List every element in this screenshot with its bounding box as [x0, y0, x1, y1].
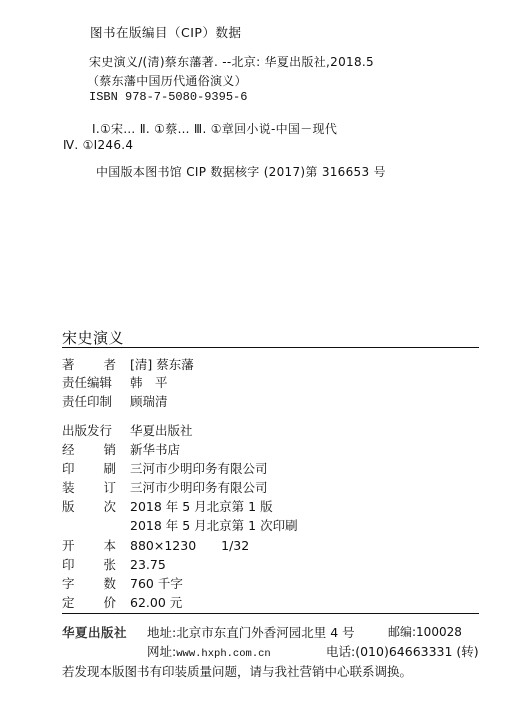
label-char: 印 [62, 460, 75, 478]
label-char: 销 [103, 441, 116, 459]
pub-label: 字数 [62, 575, 116, 593]
label-char: 开 [62, 537, 75, 555]
pub-value: 760 千字 [130, 575, 183, 593]
pub-label: 定价 [62, 594, 116, 612]
pub-row-format: 开本880×1230 1/32 [62, 537, 249, 555]
pub-row-sheets: 印张23.75 [62, 556, 166, 574]
credit-value: 顾瑞清 [130, 393, 168, 411]
label-char: 张 [103, 556, 116, 574]
pub-value: 23.75 [130, 556, 166, 574]
cip-isbn-line: ISBN 978-7-5080-9395-6 [89, 90, 247, 104]
pub-row-printer: 印刷三河市少明印务有限公司 [62, 460, 268, 478]
pub-row-binding: 装订三河市少明印务有限公司 [62, 479, 268, 497]
credit-row-editor: 责任编辑韩 平 [62, 374, 168, 392]
pub-value: 2018 年 5 月北京第 1 版 [130, 498, 273, 516]
footer-phone: 电话:(010)64663331 (转) [326, 642, 479, 660]
website-url[interactable]: www.hxph.com.cn [176, 648, 271, 660]
pub-label: 开本 [62, 537, 116, 555]
pub-label: 经销 [62, 441, 116, 459]
label-char: 者 [103, 356, 116, 374]
label-char: 经 [62, 441, 75, 459]
cip-record-number: 中国版本图书馆 CIP 数据核字 (2017)第 316653 号 [96, 163, 386, 180]
label-char: 字 [62, 575, 75, 593]
label-char: 数 [103, 575, 116, 593]
zip-label: 邮编: [388, 625, 416, 639]
credit-label: 责任编辑 [62, 374, 130, 392]
pub-value: 新华书店 [130, 441, 180, 459]
credit-value: [清] 蔡东藩 [130, 356, 194, 374]
label-char: 印 [62, 556, 75, 574]
label-char: 著 [62, 356, 75, 374]
phone-value: (010)64663331 (转) [355, 644, 478, 659]
pub-label: 出版发行 [62, 422, 130, 440]
cip-series-line: （蔡东藩中国历代通俗演义） [87, 72, 247, 89]
cip-title-line: 宋史演义/(清)蔡东藩著. --北京: 华夏出版社,2018.5 [89, 53, 374, 70]
pub-label: 印刷 [62, 460, 116, 478]
credit-label: 著 者 [62, 356, 116, 374]
footer-divider [62, 613, 479, 614]
pub-value: 三河市少明印务有限公司 [130, 460, 268, 478]
pub-value: 华夏出版社 [130, 422, 193, 440]
credit-label: 责任印制 [62, 393, 130, 411]
footer-address: 地址:北京市东直门外香河园北里 4 号 [147, 623, 355, 641]
cip-subject-line: Ⅰ.①宋… Ⅱ. ①蔡… Ⅲ. ①章回小说-中国－现代 [92, 120, 337, 137]
pub-row-distributor: 经销新华书店 [62, 441, 180, 459]
label-char: 次 [103, 498, 116, 516]
pub-label: 印张 [62, 556, 116, 574]
label-char: 版 [62, 498, 75, 516]
footer-website: 网址:www.hxph.com.cn [147, 642, 271, 660]
pub-value: 880×1230 1/32 [130, 537, 249, 555]
credit-value: 韩 平 [130, 374, 168, 392]
label-char: 刷 [103, 460, 116, 478]
pub-row-publisher: 出版发行华夏出版社 [62, 422, 193, 440]
book-title: 宋史演义 [62, 327, 124, 348]
label-char: 定 [62, 594, 75, 612]
pub-value: 三河市少明印务有限公司 [130, 479, 268, 497]
cip-heading: 图书在版编目（CIP）数据 [90, 23, 241, 41]
label-char: 价 [103, 594, 116, 612]
title-divider [62, 347, 479, 348]
pub-row-word-count: 字数760 千字 [62, 575, 183, 593]
credit-row-author: 著 者 [清] 蔡东藩 [62, 356, 194, 374]
cip-classification-line: Ⅳ. ①I246.4 [63, 138, 133, 152]
pub-row-printing: 2018 年 5 月北京第 1 次印刷 [62, 517, 298, 535]
footer-zip: 邮编:100028 [388, 623, 462, 640]
pub-value: 62.00 元 [130, 594, 182, 612]
address-label: 地址: [147, 625, 176, 640]
zip-value: 100028 [416, 625, 462, 639]
label-char: 本 [103, 537, 116, 555]
label-char: 订 [103, 479, 116, 497]
label-char: 装 [62, 479, 75, 497]
pub-row-edition: 版次2018 年 5 月北京第 1 版 [62, 498, 273, 516]
quality-notice: 若发现本版图书有印装质量问题，请与我社营销中心联系调换。 [62, 662, 412, 680]
phone-label: 电话: [326, 644, 355, 659]
pub-label: 装订 [62, 479, 116, 497]
website-label: 网址: [147, 644, 176, 659]
address-value: 北京市东直门外香河园北里 4 号 [176, 625, 354, 640]
footer-publisher-name: 华夏出版社 [62, 623, 127, 641]
pub-row-price: 定价62.00 元 [62, 594, 182, 612]
pub-label: 版次 [62, 498, 116, 516]
credit-row-printing-supervisor: 责任印制顾瑞清 [62, 393, 168, 411]
pub-value: 2018 年 5 月北京第 1 次印刷 [130, 517, 298, 535]
